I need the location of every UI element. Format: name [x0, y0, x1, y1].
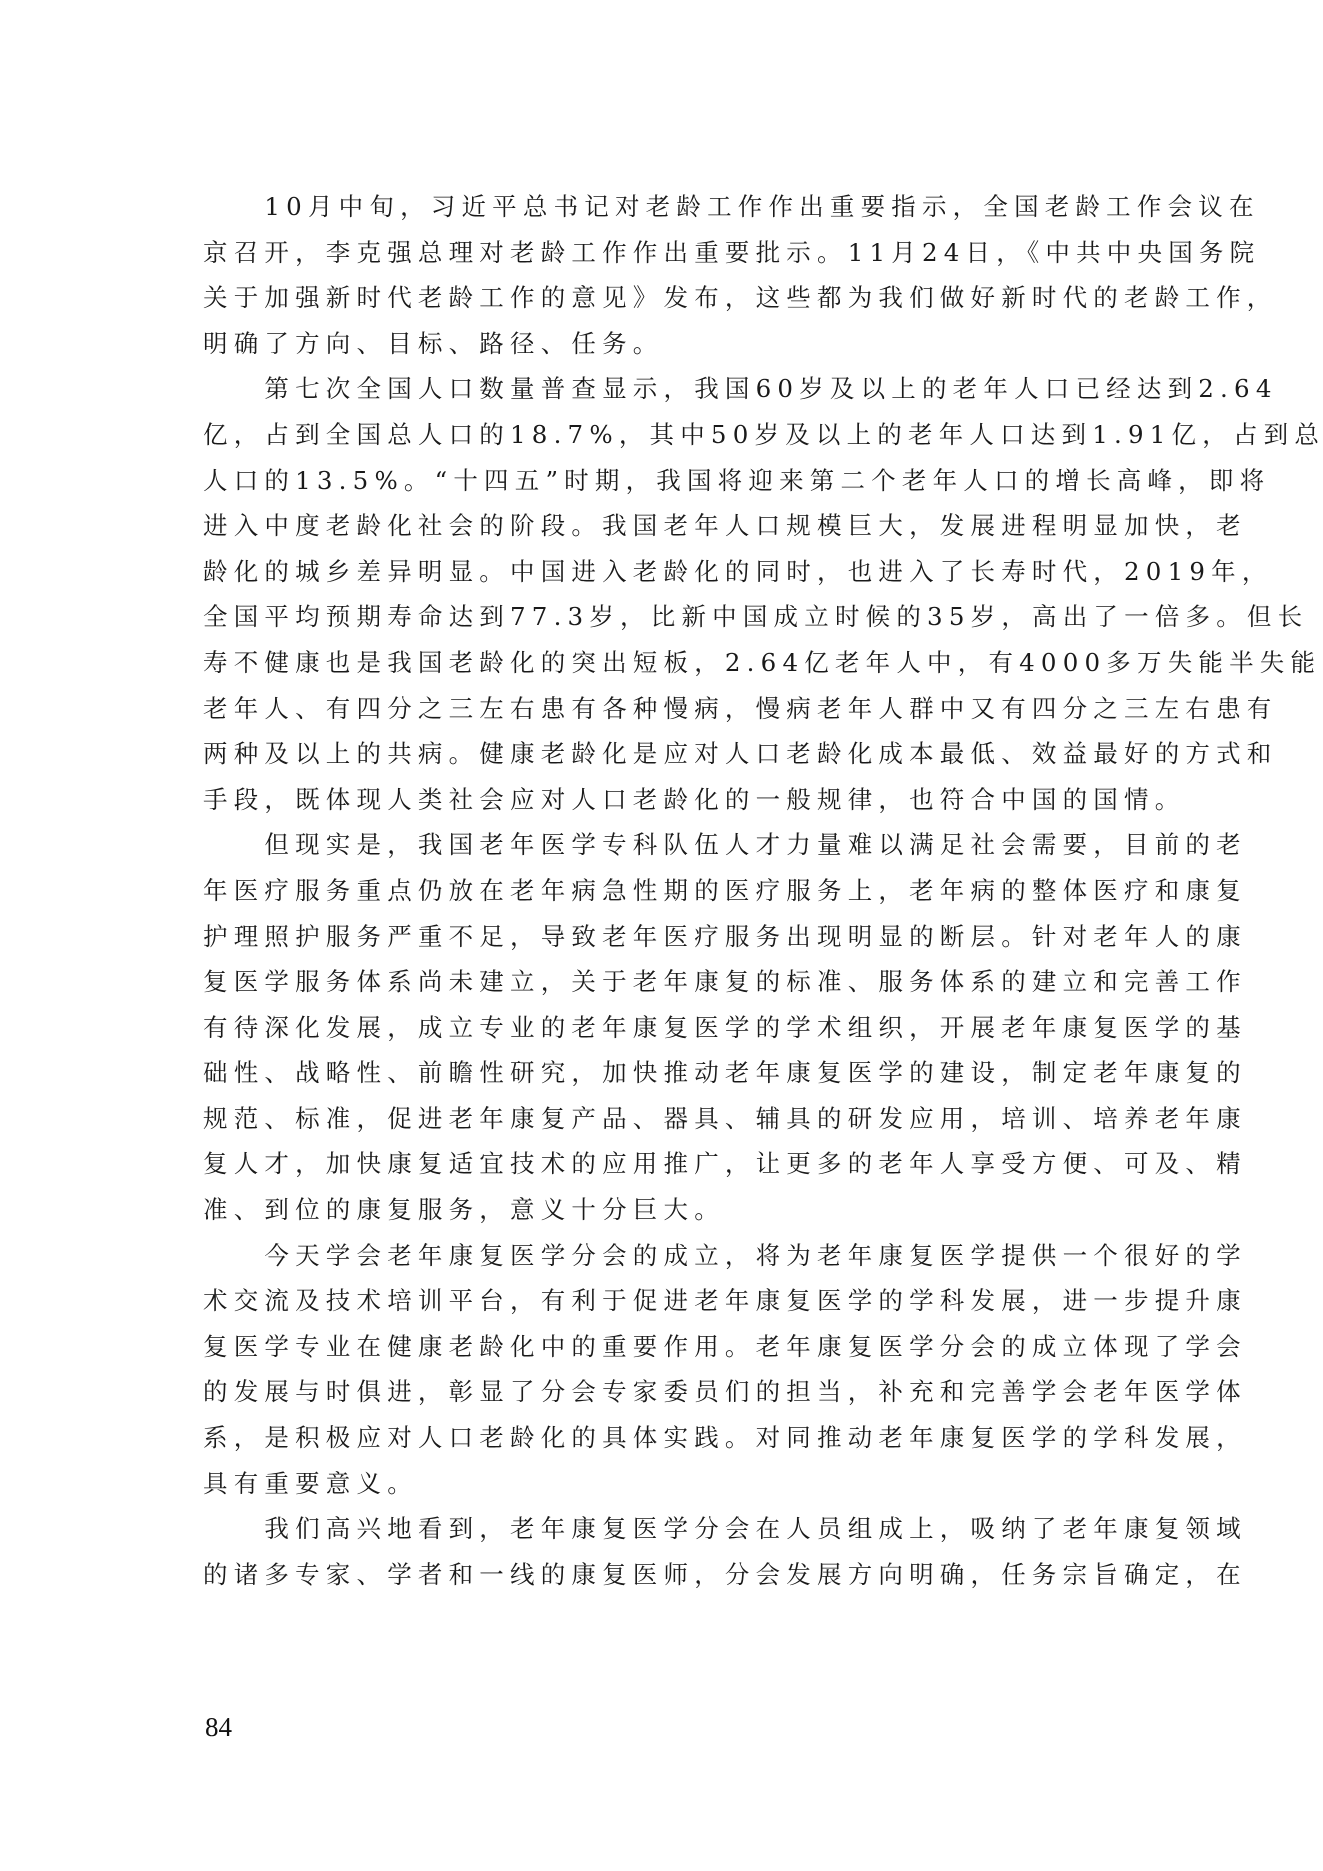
text-line: 复人才，加快康复适宜技术的应用推广，让更多的老年人享受方便、可及、精: [203, 1141, 1119, 1187]
text-line: 人口的13.5%。“十四五”时期，我国将迎来第二个老年人口的增长高峰，即将: [203, 458, 1119, 504]
text-line: 我们高兴地看到，老年康复医学分会在人员组成上，吸纳了老年康复领域: [203, 1506, 1119, 1552]
text-line: 京召开，李克强总理对老龄工作作出重要批示。11月24日，《中共中央国务院: [203, 230, 1119, 276]
paragraph-2: 第七次全国人口数量普查显示，我国60岁及以上的老年人口已经达到2.64 亿，占到…: [203, 366, 1119, 822]
text-line: 但现实是，我国老年医学专科队伍人才力量难以满足社会需要，目前的老: [203, 822, 1119, 868]
paragraph-5: 我们高兴地看到，老年康复医学分会在人员组成上，吸纳了老年康复领域 的诸多专家、学…: [203, 1506, 1119, 1597]
text-line: 规范、标准，促进老年康复产品、器具、辅具的研发应用，培训、培养老年康: [203, 1096, 1119, 1142]
paragraph-3: 但现实是，我国老年医学专科队伍人才力量难以满足社会需要，目前的老 年医疗服务重点…: [203, 822, 1119, 1232]
page-number: 84: [205, 1712, 232, 1743]
text-line: 护理照护服务严重不足，导致老年医疗服务出现明显的断层。针对老年人的康: [203, 914, 1119, 960]
text-line: 两种及以上的共病。健康老龄化是应对人口老龄化成本最低、效益最好的方式和: [203, 731, 1119, 777]
paragraph-4: 今天学会老年康复医学分会的成立，将为老年康复医学提供一个很好的学 术交流及技术培…: [203, 1233, 1119, 1507]
text-line: 龄化的城乡差异明显。中国进入老龄化的同时，也进入了长寿时代，2019年，: [203, 549, 1119, 595]
text-line: 今天学会老年康复医学分会的成立，将为老年康复医学提供一个很好的学: [203, 1233, 1119, 1279]
text-line: 础性、战略性、前瞻性研究，加快推动老年康复医学的建设，制定老年康复的: [203, 1050, 1119, 1096]
text-line: 术交流及技术培训平台，有利于促进老年康复医学的学科发展，进一步提升康: [203, 1278, 1119, 1324]
text-line: 老年人、有四分之三左右患有各种慢病，慢病老年人群中又有四分之三左右患有: [203, 686, 1119, 732]
paragraph-1: 10月中旬，习近平总书记对老龄工作作出重要指示，全国老龄工作会议在 京召开，李克…: [203, 184, 1119, 366]
text-line: 有待深化发展，成立专业的老年康复医学的学术组织，开展老年康复医学的基: [203, 1005, 1119, 1051]
text-line: 进入中度老龄化社会的阶段。我国老年人口规模巨大，发展进程明显加快，老: [203, 503, 1119, 549]
text-line: 全国平均预期寿命达到77.3岁，比新中国成立时候的35岁，高出了一倍多。但长: [203, 594, 1119, 640]
text-line: 准、到位的康复服务，意义十分巨大。: [203, 1187, 1119, 1233]
text-line: 系，是积极应对人口老龄化的具体实践。对同推动老年康复医学的学科发展，: [203, 1415, 1119, 1461]
text-line: 年医疗服务重点仍放在老年病急性期的医疗服务上，老年病的整体医疗和康复: [203, 868, 1119, 914]
document-body: 10月中旬，习近平总书记对老龄工作作出重要指示，全国老龄工作会议在 京召开，李克…: [203, 184, 1119, 1597]
text-line: 10月中旬，习近平总书记对老龄工作作出重要指示，全国老龄工作会议在: [203, 184, 1119, 230]
text-line: 明确了方向、目标、路径、任务。: [203, 321, 1119, 367]
text-line: 寿不健康也是我国老龄化的突出短板，2.64亿老年人中，有4000多万失能半失能: [203, 640, 1119, 686]
text-line: 关于加强新时代老龄工作的意见》发布，这些都为我们做好新时代的老龄工作，: [203, 275, 1119, 321]
text-line: 亿，占到全国总人口的18.7%，其中50岁及以上的老年人口达到1.91亿，占到总: [203, 412, 1119, 458]
text-line: 具有重要意义。: [203, 1461, 1119, 1507]
text-line: 复医学服务体系尚未建立，关于老年康复的标准、服务体系的建立和完善工作: [203, 959, 1119, 1005]
text-line: 手段，既体现人类社会应对人口老龄化的一般规律，也符合中国的国情。: [203, 777, 1119, 823]
text-line: 的发展与时俱进，彰显了分会专家委员们的担当，补充和完善学会老年医学体: [203, 1369, 1119, 1415]
text-line: 复医学专业在健康老龄化中的重要作用。老年康复医学分会的成立体现了学会: [203, 1324, 1119, 1370]
text-line: 的诸多专家、学者和一线的康复医师，分会发展方向明确，任务宗旨确定，在: [203, 1552, 1119, 1598]
text-line: 第七次全国人口数量普查显示，我国60岁及以上的老年人口已经达到2.64: [203, 366, 1119, 412]
